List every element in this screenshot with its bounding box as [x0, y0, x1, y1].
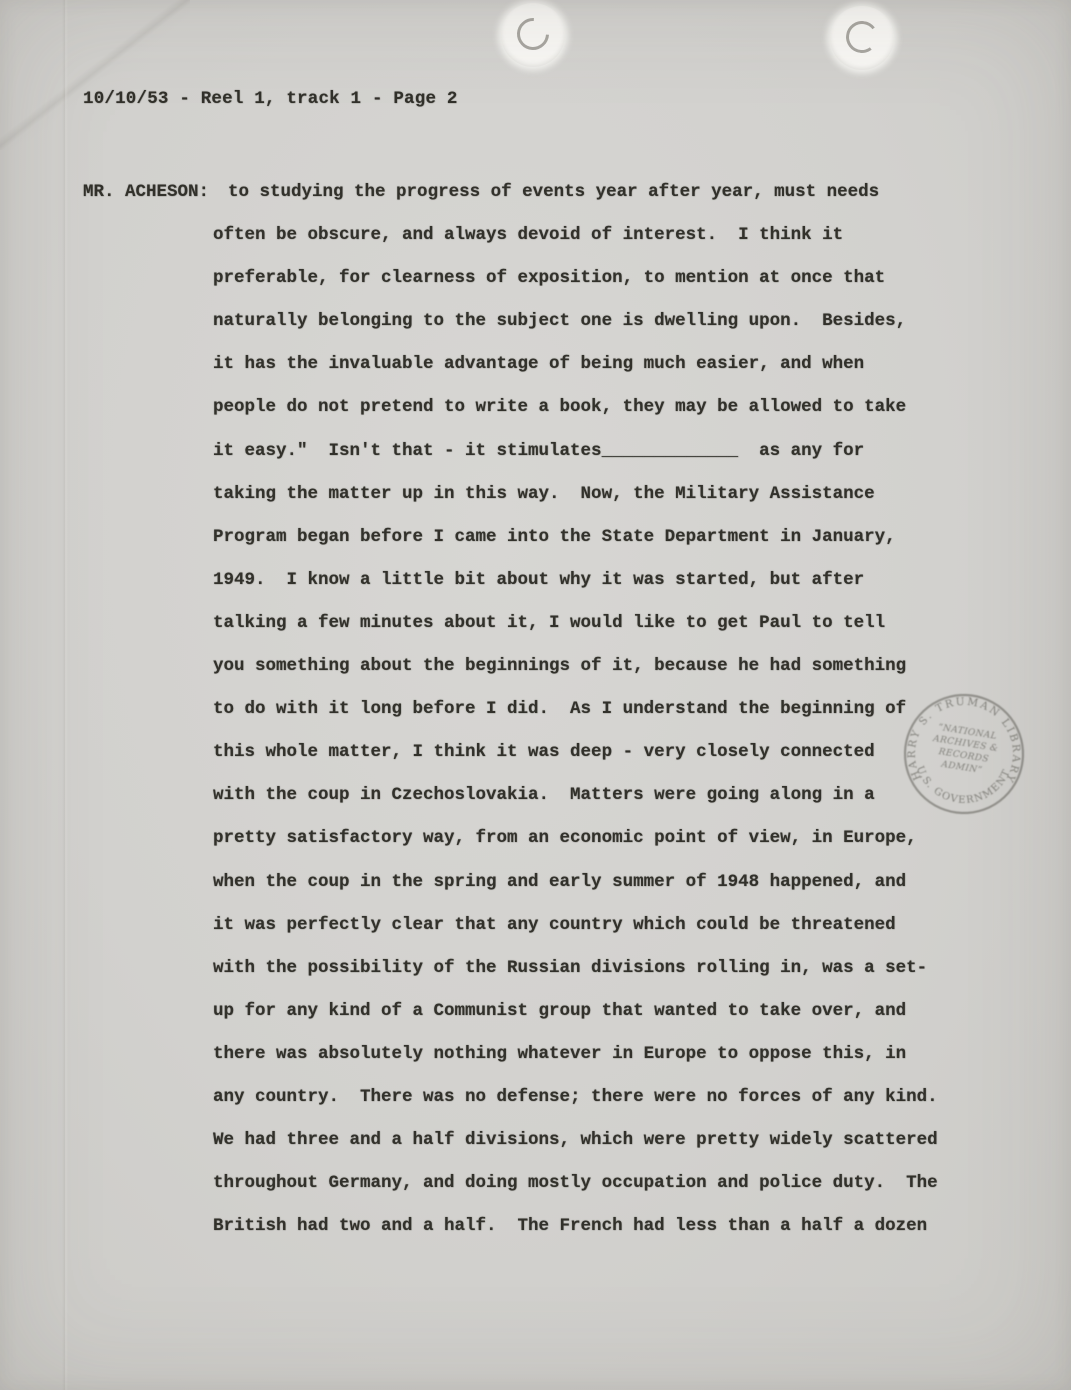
- transcript-line: British had two and a half. The French h…: [83, 1205, 1023, 1248]
- transcript-line: with the possibility of the Russian divi…: [83, 947, 1023, 990]
- paper-crease: [0, 0, 190, 150]
- transcript-line: taking the matter up in this way. Now, t…: [83, 473, 1023, 516]
- transcript-line: throughout Germany, and doing mostly occ…: [83, 1162, 1023, 1205]
- speaker-label: MR. ACHESON:: [83, 182, 209, 202]
- transcript-line: you something about the beginnings of it…: [83, 645, 1023, 688]
- transcript-line: MR. ACHESON:to studying the progress of …: [83, 171, 1023, 214]
- page-header: 10/10/53 - Reel 1, track 1 - Page 2: [83, 89, 458, 109]
- transcript-line: up for any kind of a Communist group tha…: [83, 990, 1023, 1033]
- transcript-line: pretty satisfactory way, from an economi…: [83, 817, 1023, 860]
- transcript-line: when the coup in the spring and early su…: [83, 861, 1023, 904]
- transcript-line: Program began before I came into the Sta…: [83, 516, 1023, 559]
- transcript-line: talking a few minutes about it, I would …: [83, 602, 1023, 645]
- transcript-line: We had three and a half divisions, which…: [83, 1119, 1023, 1162]
- punch-hole-icon: [510, 11, 555, 56]
- transcript-text: to studying the progress of events year …: [228, 182, 879, 202]
- transcript-line: naturally belonging to the subject one i…: [83, 300, 1023, 343]
- transcript-line: to do with it long before I did. As I un…: [83, 688, 1023, 731]
- punch-hole-icon: [844, 19, 880, 55]
- transcript-line: people do not pretend to write a book, t…: [83, 386, 1023, 429]
- transcript-line: this whole matter, I think it was deep -…: [83, 731, 1023, 774]
- transcript-line: 1949. I know a little bit about why it w…: [83, 559, 1023, 602]
- transcript-line: there was absolutely nothing whatever in…: [83, 1033, 1023, 1076]
- paper-crease: [62, 0, 68, 1390]
- transcript-line: it has the invaluable advantage of being…: [83, 343, 1023, 386]
- transcript-line: preferable, for clearness of exposition,…: [83, 257, 1023, 300]
- transcript-line: it was perfectly clear that any country …: [83, 904, 1023, 947]
- document-page: 10/10/53 - Reel 1, track 1 - Page 2 MR. …: [0, 0, 1071, 1390]
- hole-punch-right: [830, 6, 894, 70]
- transcript-line: it easy." Isn't that - it stimulates____…: [83, 430, 1023, 473]
- transcript-line: any country. There was no defense; there…: [83, 1076, 1023, 1119]
- transcript-line: often be obscure, and always devoid of i…: [83, 214, 1023, 257]
- hole-punch-left: [501, 3, 565, 67]
- transcript-line: with the coup in Czechoslovakia. Matters…: [83, 774, 1023, 817]
- transcript: MR. ACHESON:to studying the progress of …: [83, 171, 1023, 1248]
